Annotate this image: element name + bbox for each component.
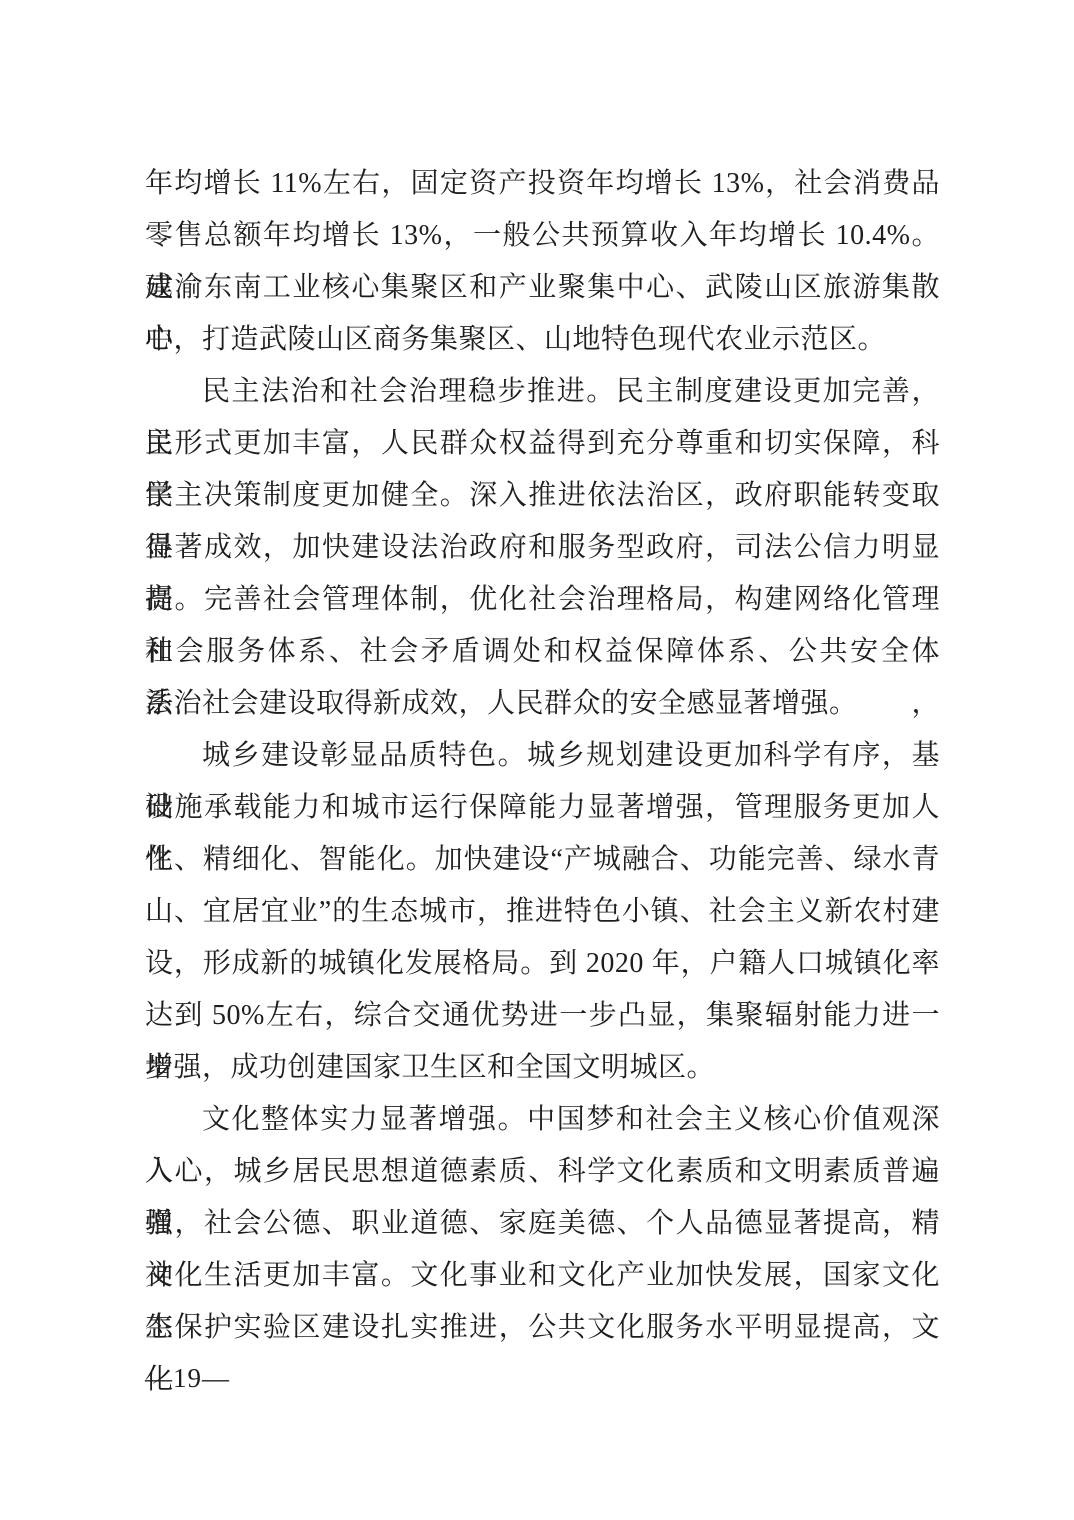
text-line: 设，形成新的城镇化发展格局。到 2020 年，户籍人口城镇化率 <box>145 938 940 990</box>
text-line: 城乡建设彰显品质特色。城乡规划建设更加科学有序，基础 <box>145 730 940 782</box>
text-line: 山、宜居宜业”的生态城市，推进特色小镇、社会主义新农村建 <box>145 886 940 938</box>
text-line: 文化生活更加丰富。文化事业和文化产业加快发展，国家文化生 <box>145 1250 940 1302</box>
text-line: 年均增长 11%左右，固定资产投资年均增长 13%，社会消费品 <box>145 158 940 210</box>
page-body: 年均增长 11%左右，固定资产投资年均增长 13%，社会消费品零售总额年均增长 … <box>145 158 940 1354</box>
text-line: 强，社会公德、职业道德、家庭美德、个人品德显著提高，精神 <box>145 1198 940 1250</box>
text-line: 成渝东南工业核心集聚区和产业聚集中心、武陵山区旅游集散中 <box>145 262 940 314</box>
text-line: 社会服务体系、社会矛盾调处和权益保障体系、公共安全体系， <box>145 626 940 678</box>
page-number: —19— <box>145 1362 230 1394</box>
text-line: 显著成效，加快建设法治政府和服务型政府，司法公信力明显提 <box>145 522 940 574</box>
text-line: 心，打造武陵山区商务集聚区、山地特色现代农业示范区。 <box>145 314 940 366</box>
text-line: 设施承载能力和城市运行保障能力显著增强，管理服务更加人性 <box>145 782 940 834</box>
text-line: 民主法治和社会治理稳步推进。民主制度建设更加完善，民 <box>145 366 940 418</box>
text-line: 高。完善社会管理体制，优化社会治理格局，构建网络化管理和 <box>145 574 940 626</box>
text-line: 态保护实验区建设扎实推进，公共文化服务水平明显提高，文化 <box>145 1302 940 1354</box>
text-line: 零售总额年均增长 13%，一般公共预算收入年均增长 10.4%。建 <box>145 210 940 262</box>
text-line: 主形式更加丰富，人民群众权益得到充分尊重和切实保障，科学 <box>145 418 940 470</box>
document-page: 年均增长 11%左右，固定资产投资年均增长 13%，社会消费品零售总额年均增长 … <box>0 0 1074 1520</box>
text-line: 法治社会建设取得新成效，人民群众的安全感显著增强。 <box>145 678 940 730</box>
text-line: 人心，城乡居民思想道德素质、科学文化素质和文明素质普遍增 <box>145 1146 940 1198</box>
text-line: 增强，成功创建国家卫生区和全国文明城区。 <box>145 1042 940 1094</box>
text-line: 化、精细化、智能化。加快建设“产城融合、功能完善、绿水青 <box>145 834 940 886</box>
text-line: 民主决策制度更加健全。深入推进依法治区，政府职能转变取得 <box>145 470 940 522</box>
text-line: 文化整体实力显著增强。中国梦和社会主义核心价值观深入 <box>145 1094 940 1146</box>
text-line: 达到 50%左右，综合交通优势进一步凸显，集聚辐射能力进一步 <box>145 990 940 1042</box>
